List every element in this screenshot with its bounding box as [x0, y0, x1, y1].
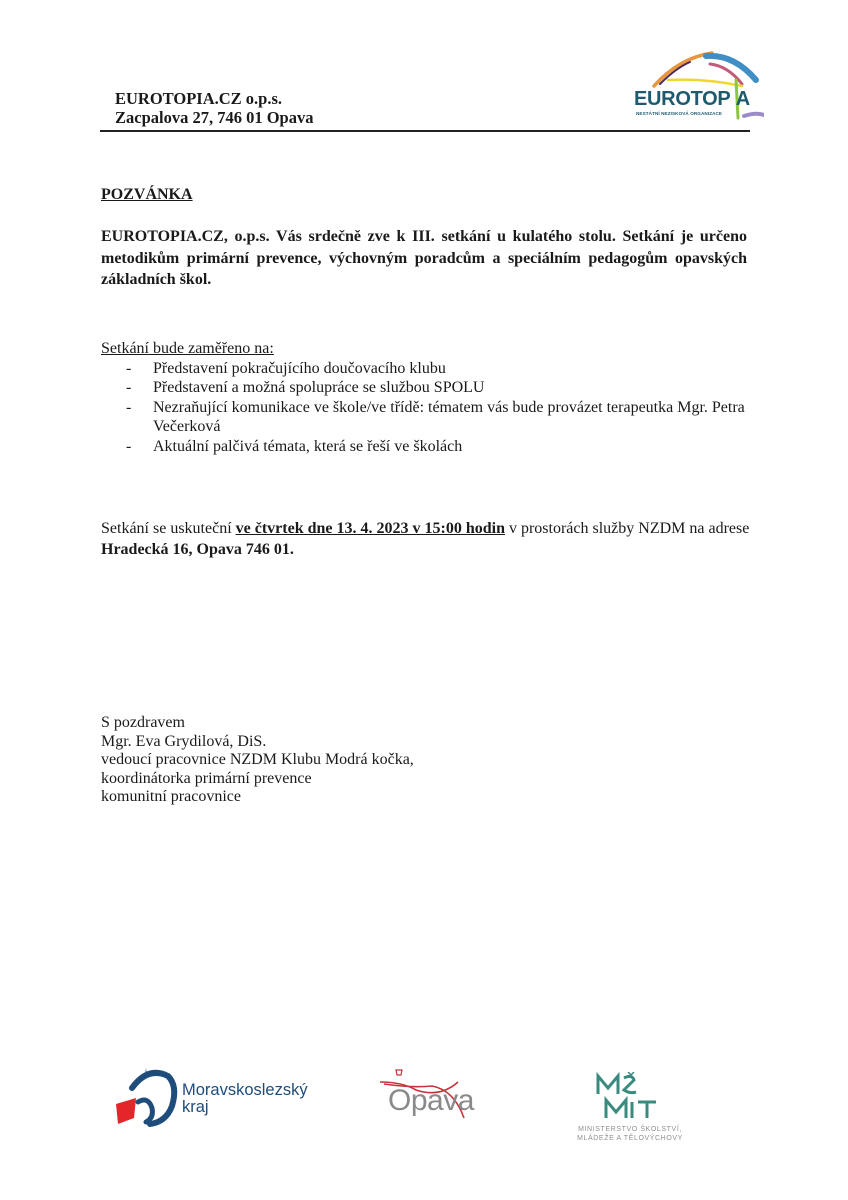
header-divider: [100, 130, 750, 132]
closing: S pozdravem: [101, 714, 414, 733]
signature-block: S pozdravem Mgr. Eva Grydilová, DiS. ved…: [101, 714, 414, 807]
msk-emblem-icon: [112, 1062, 182, 1132]
document-title: POZVÁNKA: [101, 186, 193, 204]
invitation-intro: EUROTOPIA.CZ, o.p.s. Vás srdečně zve k I…: [101, 226, 747, 291]
bullet-dash: -: [126, 359, 131, 379]
eurotopia-wordmark: EUROTOP A: [634, 88, 750, 111]
bullet-dash: -: [126, 437, 131, 457]
signer-name: Mgr. Eva Grydilová, DiS.: [101, 733, 414, 752]
meeting-agenda: Setkání bude zaměřeno na: -Představení p…: [101, 339, 751, 457]
organization-info: EUROTOPIA.CZ o.p.s. Zacpalova 27, 746 01…: [115, 89, 313, 127]
msmt-logo: MINISTERSTVO ŠKOLSTVÍ, MLÁDEŽE A TĚLOVÝC…: [560, 1072, 700, 1142]
eurotopia-tagline: NESTÁTNÍ NEZISKOVÁ ORGANIZACE: [636, 111, 722, 116]
organization-name: EUROTOPIA.CZ o.p.s.: [115, 89, 313, 108]
moravskoslezsky-kraj-logo: Moravskoslezský kraj: [112, 1062, 312, 1132]
signer-role: koordinátorka primární prevence: [101, 770, 414, 789]
agenda-heading: Setkání bude zaměřeno na:: [101, 339, 751, 359]
eurotopia-logo: EUROTOP A NESTÁTNÍ NEZISKOVÁ ORGANIZACE: [624, 50, 764, 130]
organization-address: Zacpalova 27, 746 01 Opava: [115, 108, 313, 127]
agenda-item: -Představení pokračujícího doučovacího k…: [101, 359, 751, 379]
agenda-list: -Představení pokračujícího doučovacího k…: [101, 359, 751, 457]
bullet-dash: -: [126, 378, 131, 398]
agenda-item: -Aktuální palčivá témata, která se řeší …: [101, 437, 751, 457]
meeting-details: Setkání se uskuteční ve čtvrtek dne 13. …: [101, 518, 751, 560]
opava-logo: Opava: [372, 1060, 502, 1130]
signer-role: vedoucí pracovnice NZDM Klubu Modrá kočk…: [101, 751, 414, 770]
letterhead: EUROTOPIA.CZ o.p.s. Zacpalova 27, 746 01…: [100, 50, 750, 132]
bullet-dash: -: [126, 398, 131, 418]
meeting-address: Hradecká 16, Opava 746 01.: [101, 541, 294, 558]
msmt-monogram-icon: [560, 1072, 700, 1122]
agenda-item: -Nezraňující komunikace ve škole/ve tříd…: [101, 398, 751, 437]
signer-role: komunitní pracovnice: [101, 788, 414, 807]
meeting-datetime: ve čtvrtek dne 13. 4. 2023 v 15:00 hodin: [236, 520, 505, 537]
agenda-item: -Představení a možná spolupráce se služb…: [101, 378, 751, 398]
